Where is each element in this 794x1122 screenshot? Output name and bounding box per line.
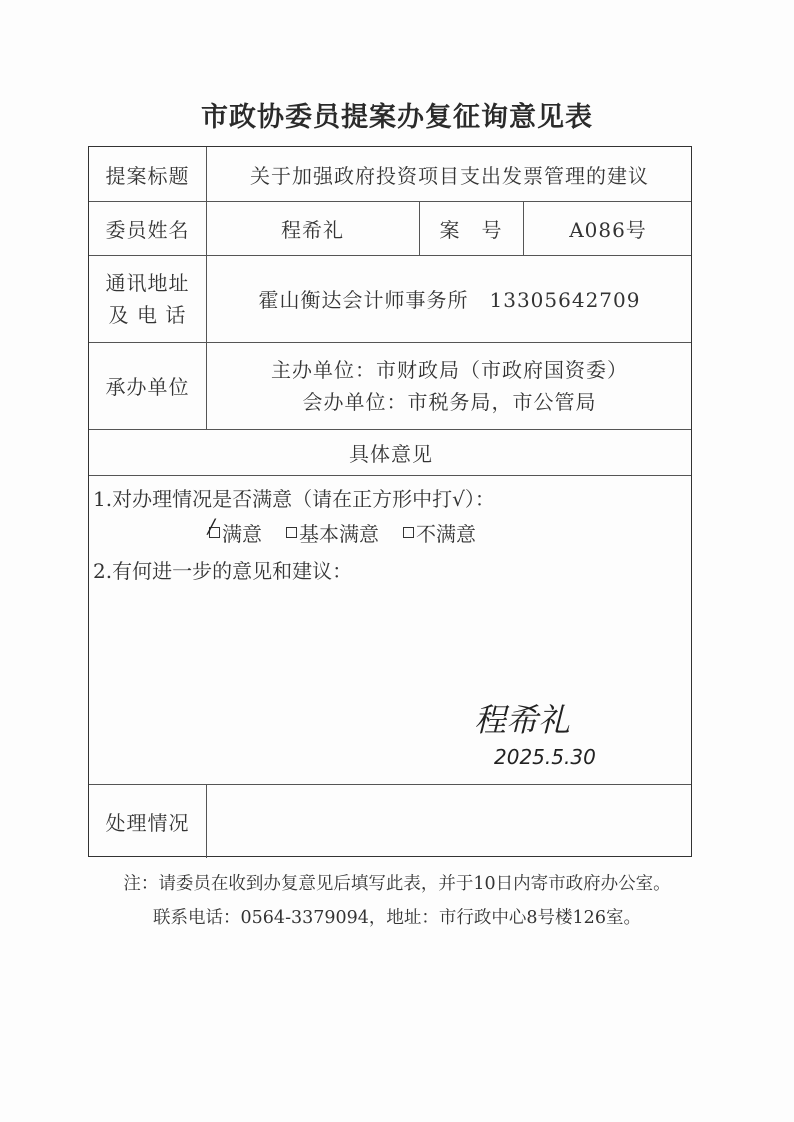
contact-label-line2: 及 电 话 [109,299,187,331]
contact-label-line1: 通讯地址 [106,267,190,299]
proposal-title-label: 提案标题 [89,147,206,201]
primary-unit: 主办单位：市财政局（市政府国资委） [271,354,628,386]
case-number-label: 案 号 [419,201,523,255]
member-name-value: 程希礼 [206,201,419,255]
member-name-label: 委员姓名 [89,201,206,255]
option-unsatisfied[interactable]: 不满意 [403,518,476,547]
checkbox-satisfied[interactable]: / [209,527,220,538]
checkbox-basically-satisfied[interactable] [286,527,297,538]
feedback-form-table: 提案标题 关于加强政府投资项目支出发票管理的建议 委员姓名 程希礼 案 号 A0… [88,146,692,857]
handling-unit-label: 承办单位 [89,342,206,429]
page-title: 市政协委员提案办复征询意见表 [0,95,794,134]
handling-unit-value: 主办单位：市财政局（市政府国资委） 会办单位：市税务局，市公管局 [206,342,693,429]
secondary-unit: 会办单位：市税务局，市公管局 [303,386,597,418]
contact-label: 通讯地址 及 电 话 [89,255,206,342]
option-satisfied[interactable]: / 满意 [209,518,262,547]
checkbox-unsatisfied[interactable] [403,527,414,538]
divider [89,475,691,476]
processing-value [206,784,693,858]
opinions-header: 具体意见 [89,429,693,475]
case-number-value: A086号 [523,201,693,255]
processing-label: 处理情况 [89,784,206,858]
contact-value: 霍山衡达会计师事务所 13305642709 [206,255,693,342]
option-basically-satisfied[interactable]: 基本满意 [286,518,379,547]
proposal-title-value: 关于加强政府投资项目支出发票管理的建议 [206,147,693,201]
question-2: 2.有何进一步的意见和建议： [89,551,352,587]
question-1: 1.对办理情况是否满意（请在正方形中打√）： [89,479,495,515]
footer-note: 注：请委员在收到办复意见后填写此表，并于10日内寄市政府办公室。 [0,870,794,895]
checkmark-icon: / [208,514,215,538]
handwritten-signature: 程希礼 [474,695,570,741]
handwritten-date: 2025.5.30 [494,745,596,769]
footer-contact: 联系电话：0564-3379094，地址：市行政中心8号楼126室。 [0,904,794,929]
satisfaction-options: / 满意 基本满意 不满意 [209,515,500,549]
